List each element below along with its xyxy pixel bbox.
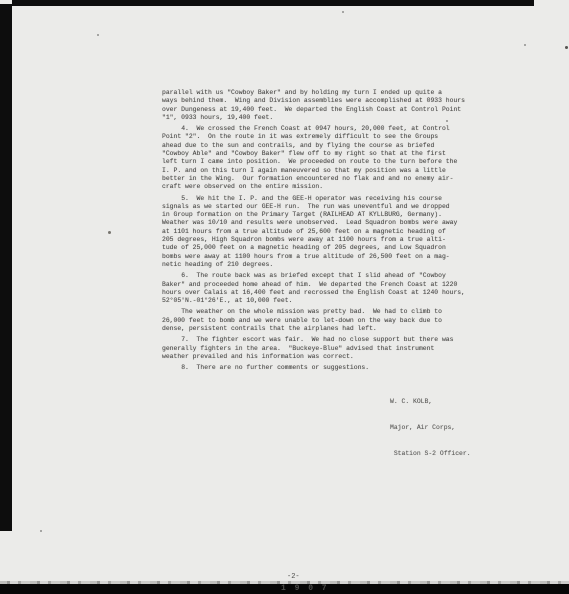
- scan-speck: [342, 11, 344, 13]
- signature-block: W. C. KOLB, Major, Air Corps, Station S-…: [390, 381, 471, 476]
- paragraph: The weather on the whole mission was pre…: [162, 308, 474, 333]
- scan-speck: [40, 530, 42, 532]
- paragraph: 8. There are no further comments or sugg…: [162, 364, 474, 372]
- signature-rank: Major, Air Corps,: [390, 424, 471, 433]
- paragraph: 4. We crossed the French Coast at 0947 h…: [162, 125, 474, 191]
- paragraph: 5. We hit the I. P. and the GEE-H operat…: [162, 195, 474, 270]
- paragraph: parallel with us "Cowboy Baker" and by h…: [162, 89, 474, 122]
- paragraph: 6. The route back was as briefed except …: [162, 272, 474, 305]
- scan-speck: [97, 34, 99, 36]
- signature-title: Station S-2 Officer.: [390, 450, 471, 459]
- page-number: -2-: [287, 573, 300, 581]
- report-body: parallel with us "Cowboy Baker" and by h…: [162, 89, 474, 376]
- footer-digits: 1 9 0 7: [281, 584, 329, 594]
- scan-speck: [565, 46, 568, 49]
- scan-border-top: [12, 0, 534, 6]
- paragraph: 7. The fighter escort was fair. We had n…: [162, 336, 474, 361]
- scan-speck: [524, 44, 526, 46]
- scan-speck: [108, 231, 111, 234]
- scan-border-left: [0, 4, 12, 531]
- scan-speck: [446, 120, 448, 122]
- signature-name: W. C. KOLB,: [390, 398, 471, 407]
